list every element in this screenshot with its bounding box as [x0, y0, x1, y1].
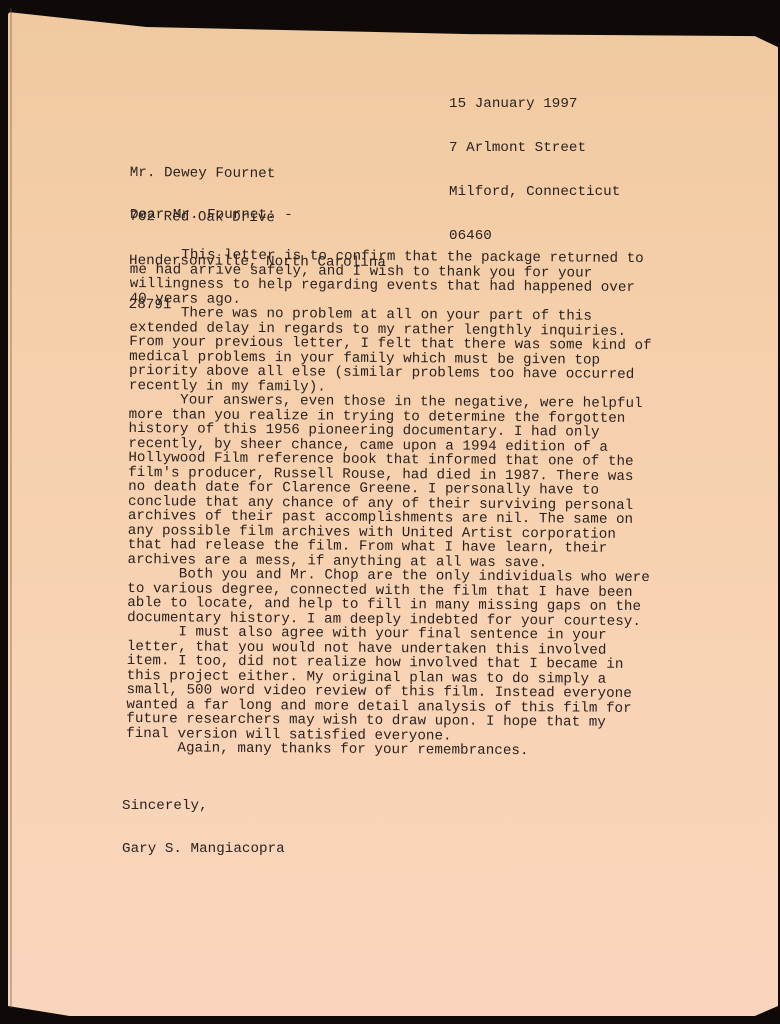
signature-name: Gary S. Mangiacopra [122, 842, 285, 857]
sender-street: 7 Arlmont Street [449, 141, 620, 156]
closing: Sincerely, [122, 799, 208, 814]
letter-date: 15 January 1997 [449, 97, 620, 112]
salutation: Dear Mr. Fournet: - [130, 208, 293, 223]
letter-body: This letter is to confirm that the packa… [126, 248, 652, 760]
sender-city: Milford, Connecticut [449, 185, 620, 200]
sender-zip: 06460 [449, 229, 620, 244]
recipient-name: Mr. Dewey Fournet [130, 166, 387, 183]
sender-address-block: 15 January 1997 7 Arlmont Street Milford… [449, 68, 620, 258]
page-edge [10, 8, 12, 1008]
